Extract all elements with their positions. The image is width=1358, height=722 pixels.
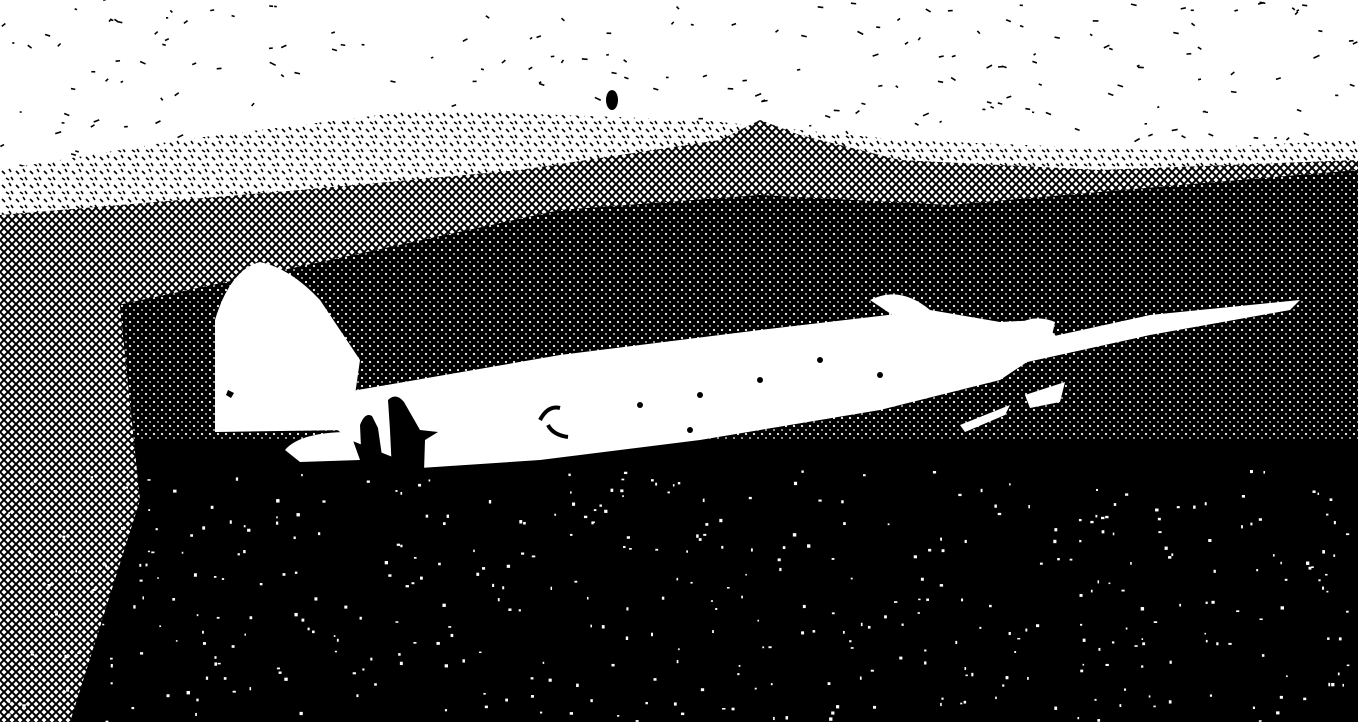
- scene: [0, 0, 1358, 722]
- halftone-photograph: [0, 0, 1358, 722]
- sky-dot: [606, 90, 618, 110]
